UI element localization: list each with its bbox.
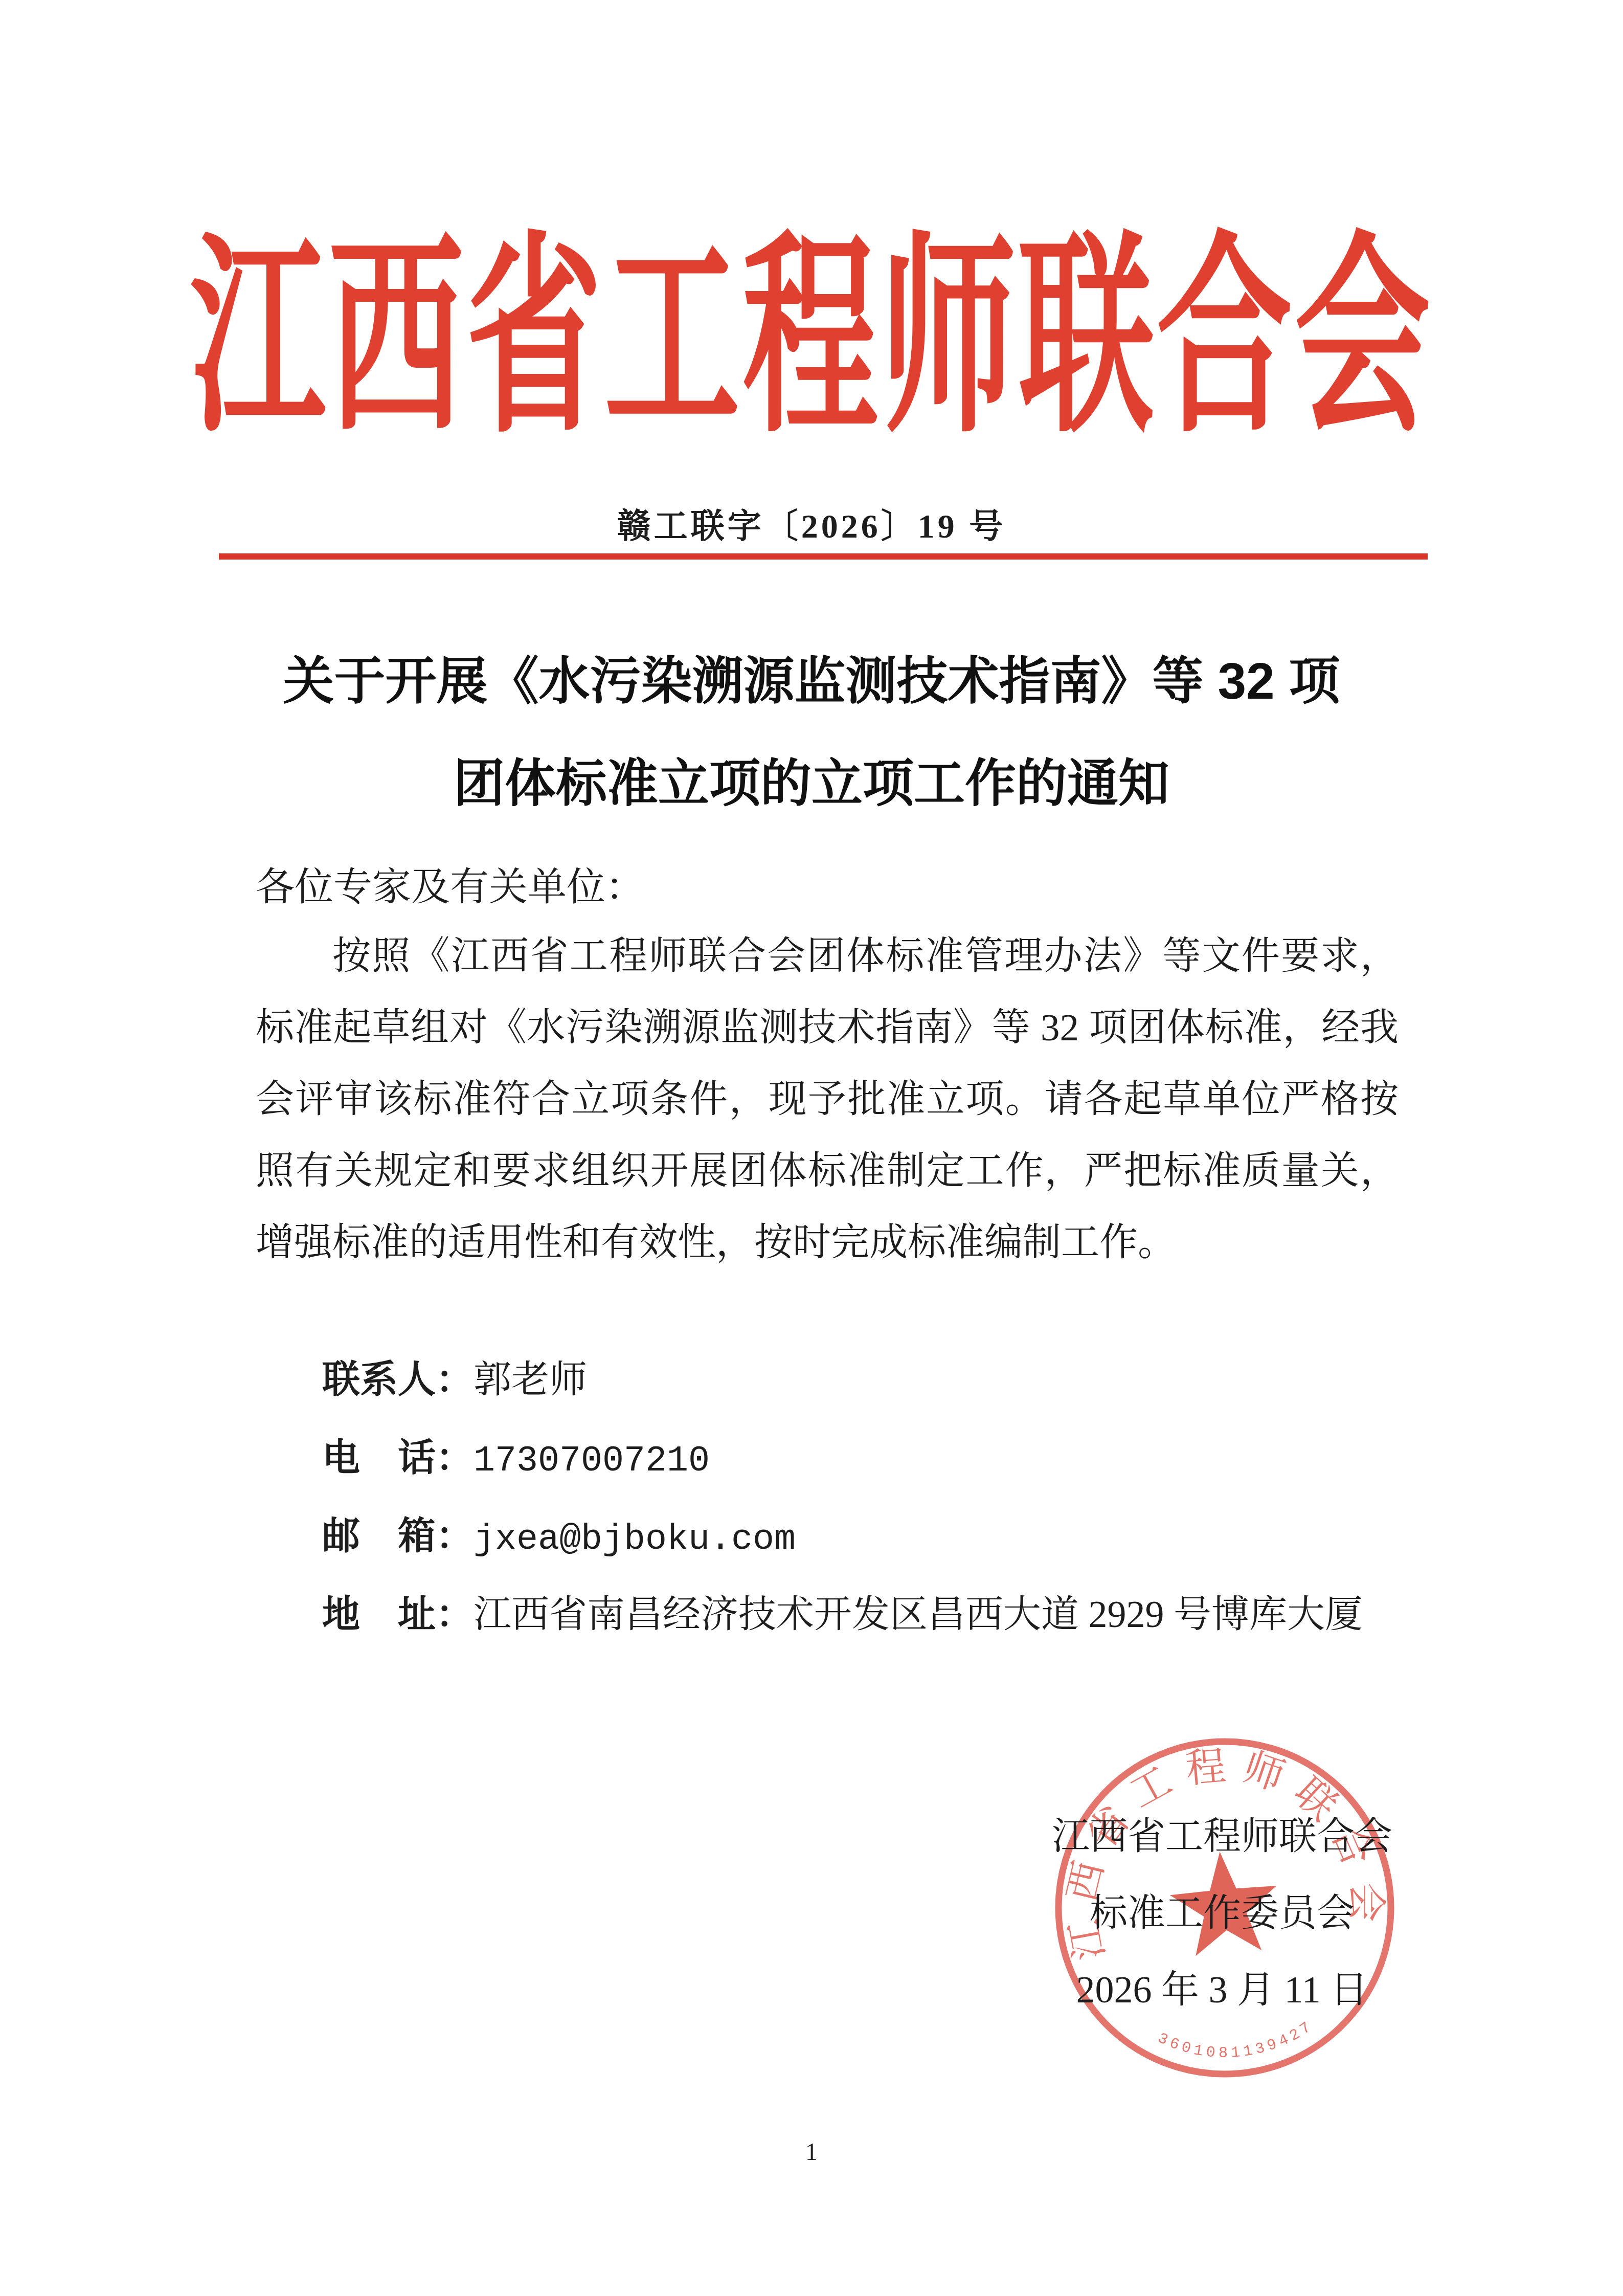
notice-title-line2: 团体标准立项的立项工作的通知 [0, 732, 1623, 835]
red-divider-line [219, 553, 1428, 560]
signature-org: 江西省工程师联合会 [997, 1798, 1447, 1875]
contact-address-label: 地 址： [322, 1594, 474, 1636]
contact-email-row: 邮 箱：jxea@bjboku.com [322, 1498, 1363, 1576]
page-number: 1 [0, 2138, 1623, 2166]
contact-phone-value: 17307007210 [474, 1441, 710, 1482]
contact-address-value: 江西省南昌经济技术开发区昌西大道 2929 号博库大厦 [474, 1594, 1363, 1636]
greeting-line: 各位专家及有关单位： [256, 864, 644, 911]
contact-address-row: 地 址：江西省南昌经济技术开发区昌西大道 2929 号博库大厦 [322, 1576, 1363, 1654]
contact-block: 联系人：郭老师 电 话：17307007210 邮 箱：jxea@bjboku.… [322, 1341, 1363, 1654]
contact-person-value: 郭老师 [474, 1359, 587, 1401]
contact-phone-label: 电 话： [322, 1437, 474, 1479]
signature-date: 2026 年 3 月 11 日 [997, 1952, 1447, 2028]
contact-person-label: 联系人： [322, 1359, 474, 1401]
contact-phone-row: 电 话：17307007210 [322, 1419, 1363, 1498]
document-page: 江西省工程师联合会 赣工联字〔2026〕19 号 关于开展《水污染溯源监测技术指… [0, 0, 1623, 2296]
doc-number: 赣工联字〔2026〕19 号 [0, 499, 1623, 547]
contact-email-label: 邮 箱： [322, 1515, 474, 1557]
contact-person-row: 联系人：郭老师 [322, 1341, 1363, 1419]
contact-email-value: jxea@bjboku.com [474, 1520, 796, 1560]
org-title: 江西省工程师联合会 [0, 233, 1623, 447]
notice-title-line1: 关于开展《水污染溯源监测技术指南》等 32 项 [0, 630, 1623, 732]
signature-block: 江西省工程师联合会 标准工作委员会 2026 年 3 月 11 日 [997, 1798, 1447, 2028]
notice-title: 关于开展《水污染溯源监测技术指南》等 32 项 团体标准立项的立项工作的通知 [0, 630, 1623, 835]
signature-committee: 标准工作委员会 [997, 1875, 1447, 1952]
body-paragraph: 按照《江西省工程师联合会团体标准管理办法》等文件要求，标准起草组对《水污染溯源监… [256, 921, 1399, 1279]
